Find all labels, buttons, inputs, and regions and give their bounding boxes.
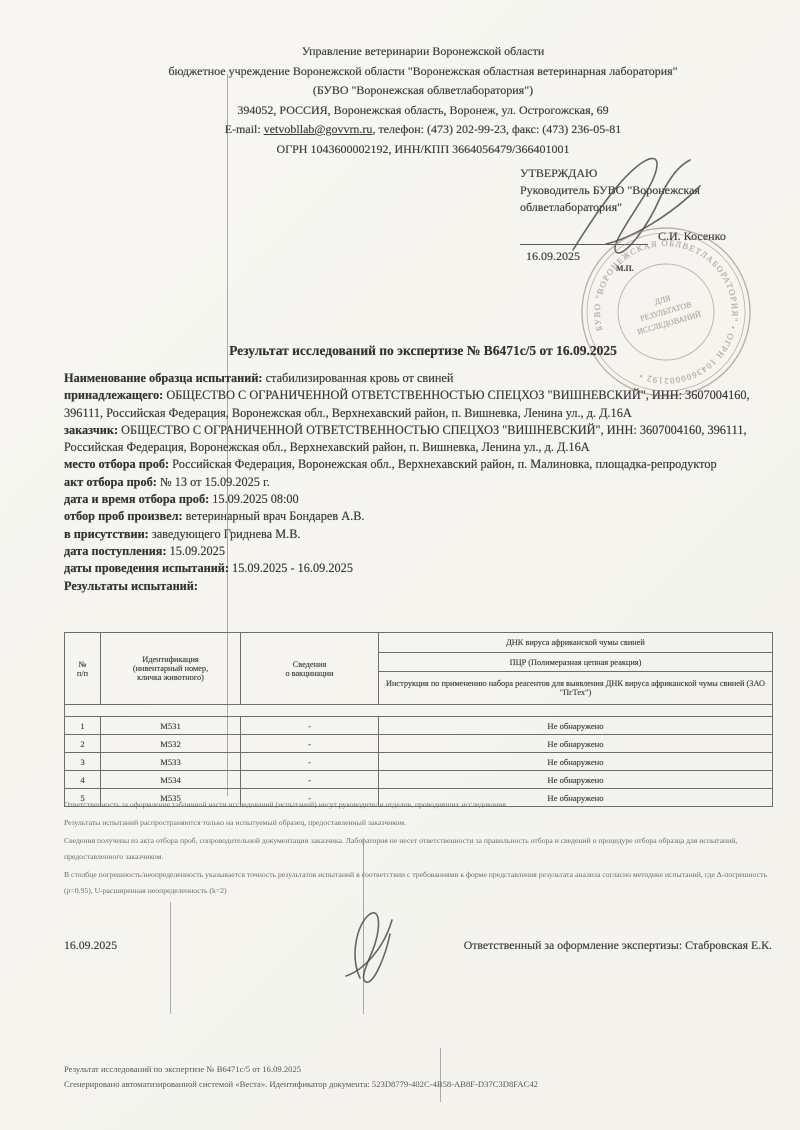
org-contacts: E-mail: vetvobllab@govvrn.ru, телефон: (… (45, 120, 800, 140)
detail-value: № 13 от 15.09.2025 г. (160, 475, 270, 489)
footnote: В столбце погрешность/неопределенность у… (64, 867, 774, 899)
footnote: Результаты испытаний распространяются то… (64, 815, 774, 831)
cell-num: 4 (65, 771, 101, 789)
results-label: Результаты испытаний: (64, 579, 198, 593)
detail-value: 15.09.2025 (170, 544, 225, 558)
col-header-num: № п/п (65, 633, 101, 705)
signoff-date: 16.09.2025 (64, 938, 117, 953)
org-address: 394052, РОССИЯ, Воронежская область, Вор… (45, 101, 800, 121)
detail-label: в присутствии: (64, 527, 149, 541)
cell-id: М534 (101, 771, 241, 789)
letterhead: Управление ветеринарии Воронежской облас… (45, 42, 800, 159)
detail-value: ОБЩЕСТВО С ОГРАНИЧЕННОЙ ОТВЕТСТВЕННОСТЬЮ… (64, 423, 747, 454)
table-empty-strip (65, 705, 773, 717)
phone-fax: , телефон: (473) 202-99-23, факс: (473) … (372, 122, 621, 136)
table-row: 2 М532 - Не обнаружено (65, 735, 773, 753)
col-header-method: Инструкция по применению набора реагенто… (379, 672, 773, 705)
responsible-person: Ответственный за оформление экспертизы: … (464, 938, 772, 953)
footnotes: Ответственность за оформление табличной … (64, 797, 774, 901)
col-header-vaccination: Сведения о вакцинации (241, 633, 379, 705)
sample-details: Наименование образца испытаний: стабилиз… (64, 370, 772, 595)
detail-row: в присутствии: заведующего Гриднева М.В. (64, 526, 772, 543)
detail-row: отбор проб произвел: ветеринарный врач Б… (64, 508, 772, 525)
detail-label: дата и время отбора проб: (64, 492, 209, 506)
col-header-identification: Идентификация (инвентарный номер, кличка… (101, 633, 241, 705)
cell-result: Не обнаружено (379, 717, 773, 735)
cell-result: Не обнаружено (379, 753, 773, 771)
detail-value: ветеринарный врач Бондарев А.В. (186, 509, 365, 523)
detail-label: принадлежащего: (64, 388, 163, 402)
org-name-line2: бюджетное учреждение Воронежской области… (45, 62, 800, 82)
cell-num: 2 (65, 735, 101, 753)
detail-row: дата поступления: 15.09.2025 (64, 543, 772, 560)
detail-row: заказчик: ОБЩЕСТВО С ОГРАНИЧЕННОЙ ОТВЕТС… (64, 422, 772, 457)
detail-label: даты проведения испытаний: (64, 561, 229, 575)
org-name-line1: Управление ветеринарии Воронежской облас… (45, 42, 800, 62)
email-link: vetvobllab@govvrn.ru (264, 122, 373, 136)
detail-value: заведующего Гриднева М.В. (152, 527, 301, 541)
detail-value: 15.09.2025 08:00 (212, 492, 298, 506)
detail-value: ОБЩЕСТВО С ОГРАНИЧЕННОЙ ОТВЕТСТВЕННОСТЬЮ… (64, 388, 750, 419)
cell-num: 3 (65, 753, 101, 771)
detail-value: 15.09.2025 - 16.09.2025 (232, 561, 353, 575)
cell-id: М532 (101, 735, 241, 753)
table-row: 4 М534 - Не обнаружено (65, 771, 773, 789)
footnote: Ответственность за оформление табличной … (64, 797, 774, 813)
report-title: Результат исследований по экспертизе № В… (45, 343, 800, 359)
detail-row: дата и время отбора проб: 15.09.2025 08:… (64, 491, 772, 508)
col-header-dnk: ДНК вируса африканской чумы свиней (379, 633, 773, 653)
detail-label: Наименование образца испытаний: (64, 371, 263, 385)
document-footer: Результат исследований по экспертизе № В… (64, 1062, 774, 1092)
footer-expertise-line: Результат исследований по экспертизе № В… (64, 1062, 774, 1077)
detail-value: стабилизированная кровь от свиней (266, 371, 454, 385)
footer-generated-line: Сгенерировано автоматизированной системо… (64, 1077, 774, 1092)
results-table: № п/п Идентификация (инвентарный номер, … (64, 632, 773, 807)
cell-id: М531 (101, 717, 241, 735)
cell-num: 1 (65, 717, 101, 735)
scanned-document-page: Управление ветеринарии Воронежской облас… (0, 0, 800, 1130)
cell-vacc: - (241, 717, 379, 735)
scan-crease-line (170, 902, 171, 1014)
col-header-pcr: ПЦР (Полимеразная цепная реакция) (379, 653, 773, 672)
cell-vacc: - (241, 753, 379, 771)
table-row: 3 М533 - Не обнаружено (65, 753, 773, 771)
detail-label: заказчик: (64, 423, 118, 437)
detail-label: отбор проб произвел: (64, 509, 183, 523)
footnote: Сведения получены из акта отбора проб, с… (64, 833, 774, 865)
detail-label: акт отбора проб: (64, 475, 157, 489)
cell-vacc: - (241, 771, 379, 789)
detail-row: даты проведения испытаний: 15.09.2025 - … (64, 560, 772, 577)
org-short-name: (БУВО "Воронежская облветлаборатория") (45, 81, 800, 101)
cell-id: М533 (101, 753, 241, 771)
cell-result: Не обнаружено (379, 735, 773, 753)
detail-label: дата поступления: (64, 544, 167, 558)
cell-vacc: - (241, 735, 379, 753)
detail-label: место отбора проб: (64, 457, 169, 471)
detail-row: Результаты испытаний: (64, 578, 772, 595)
table-row: 1 М531 - Не обнаружено (65, 717, 773, 735)
detail-row: Наименование образца испытаний: стабилиз… (64, 370, 772, 387)
detail-row: принадлежащего: ОБЩЕСТВО С ОГРАНИЧЕННОЙ … (64, 387, 772, 422)
detail-row: акт отбора проб: № 13 от 15.09.2025 г. (64, 474, 772, 491)
email-label: E-mail: (225, 122, 261, 136)
detail-value: Российская Федерация, Воронежская обл., … (172, 457, 717, 471)
detail-row: место отбора проб: Российская Федерация,… (64, 456, 772, 473)
signoff-row: 16.09.2025 Ответственный за оформление э… (64, 938, 772, 953)
cell-result: Не обнаружено (379, 771, 773, 789)
